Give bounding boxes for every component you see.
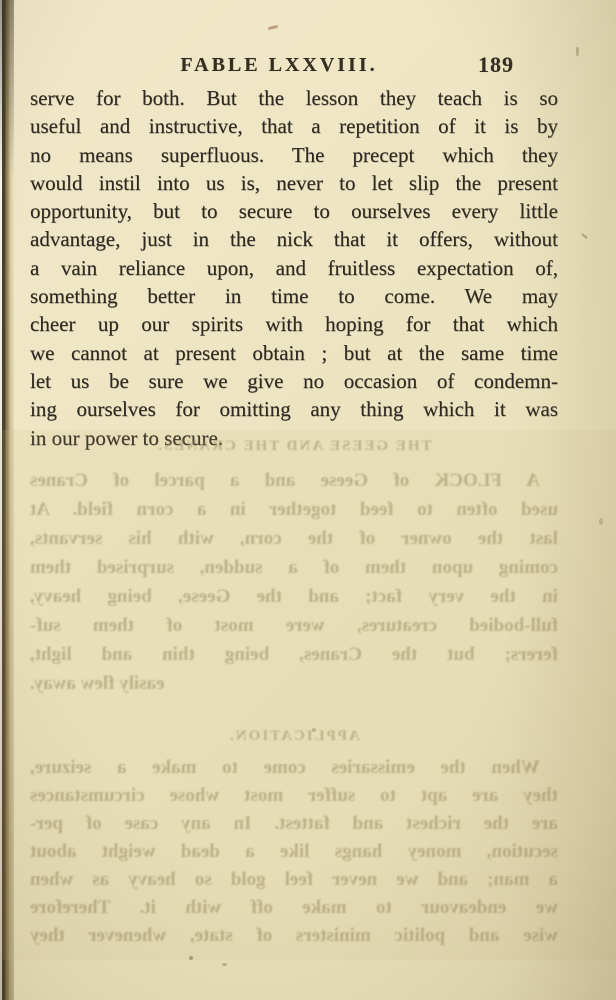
showthrough-line: in the very fact; and the Geese, being h…	[30, 582, 558, 611]
fable-body-text: serve for both. But the lesson they teac…	[30, 84, 558, 452]
running-head: FABLE LXXVIII. 189	[30, 53, 558, 77]
text-line: let us be sure we give no occasion of co…	[30, 367, 558, 395]
showthrough-reverse-page-text: THE GEESE AND THE CRANES. A FLOCK of Gee…	[30, 436, 558, 950]
text-line: no means superfluous. The precept which …	[30, 141, 558, 169]
paper-speck	[222, 963, 227, 966]
showthrough-line: they are apt to suffer most whose circum…	[30, 782, 558, 810]
showthrough-line: wise and politic ministers of state, whe…	[30, 922, 558, 950]
showthrough-line: ferers; but the Cranes, being thin and l…	[30, 640, 558, 669]
book-page-scan: FABLE LXXVIII. 189 serve for both. But t…	[0, 0, 616, 1000]
showthrough-line: easily flew away.	[30, 669, 558, 698]
text-line: something better in time to come. We may	[30, 282, 558, 310]
showthrough-application-paragraph: When the emissaries come to make a seizu…	[30, 754, 558, 950]
paper-speck	[189, 956, 193, 960]
text-line: serve for both. But the lesson they teac…	[30, 84, 558, 112]
text-line: ing ourselves for omitting any thing whi…	[30, 395, 558, 423]
paper-speck	[268, 25, 278, 30]
text-line: cheer up our spirits with hoping for tha…	[30, 310, 558, 338]
text-line: useful and instructive, that a repetitio…	[30, 112, 558, 140]
showthrough-fable-title: THE GEESE AND THE CRANES.	[30, 436, 558, 456]
paper-speck	[581, 233, 588, 239]
paper-speck	[599, 518, 603, 525]
showthrough-line: full-bodied creatures, were most of them…	[30, 611, 558, 640]
paper-speck	[576, 47, 579, 56]
page-number: 189	[478, 53, 514, 77]
showthrough-application-heading: APPLICATION.	[30, 726, 558, 746]
showthrough-line: coming upon them of a sudden, surprised …	[30, 553, 558, 582]
showthrough-line: secution, money hangs like a dead weight…	[30, 838, 558, 866]
showthrough-line: a man; and we never feel gold so heavy a…	[30, 866, 558, 894]
showthrough-line: we endeavour to make off with it. Theref…	[30, 894, 558, 922]
page-left-edge	[0, 0, 14, 1000]
text-line: advantage, just in the nick that it offe…	[30, 225, 558, 253]
text-line: we cannot at present obtain ; but at the…	[30, 339, 558, 367]
text-line: opportunity, but to secure to ourselves …	[30, 197, 558, 225]
text-line: a vain reliance upon, and fruitless expe…	[30, 254, 558, 282]
showthrough-line: When the emissaries come to make a seizu…	[30, 754, 558, 782]
text-line: would instil into us is, never to let sl…	[30, 169, 558, 197]
showthrough-line: last the owner of the corn, with his ser…	[30, 524, 558, 553]
showthrough-line: used often to feed together in a corn fi…	[30, 495, 558, 524]
showthrough-fable-paragraph: A FLOCK of Geese and a parcel of Cranes …	[30, 466, 558, 698]
showthrough-line: A FLOCK of Geese and a parcel of Cranes	[30, 466, 558, 495]
showthrough-line: are the richest and fattest. In any case…	[30, 810, 558, 838]
